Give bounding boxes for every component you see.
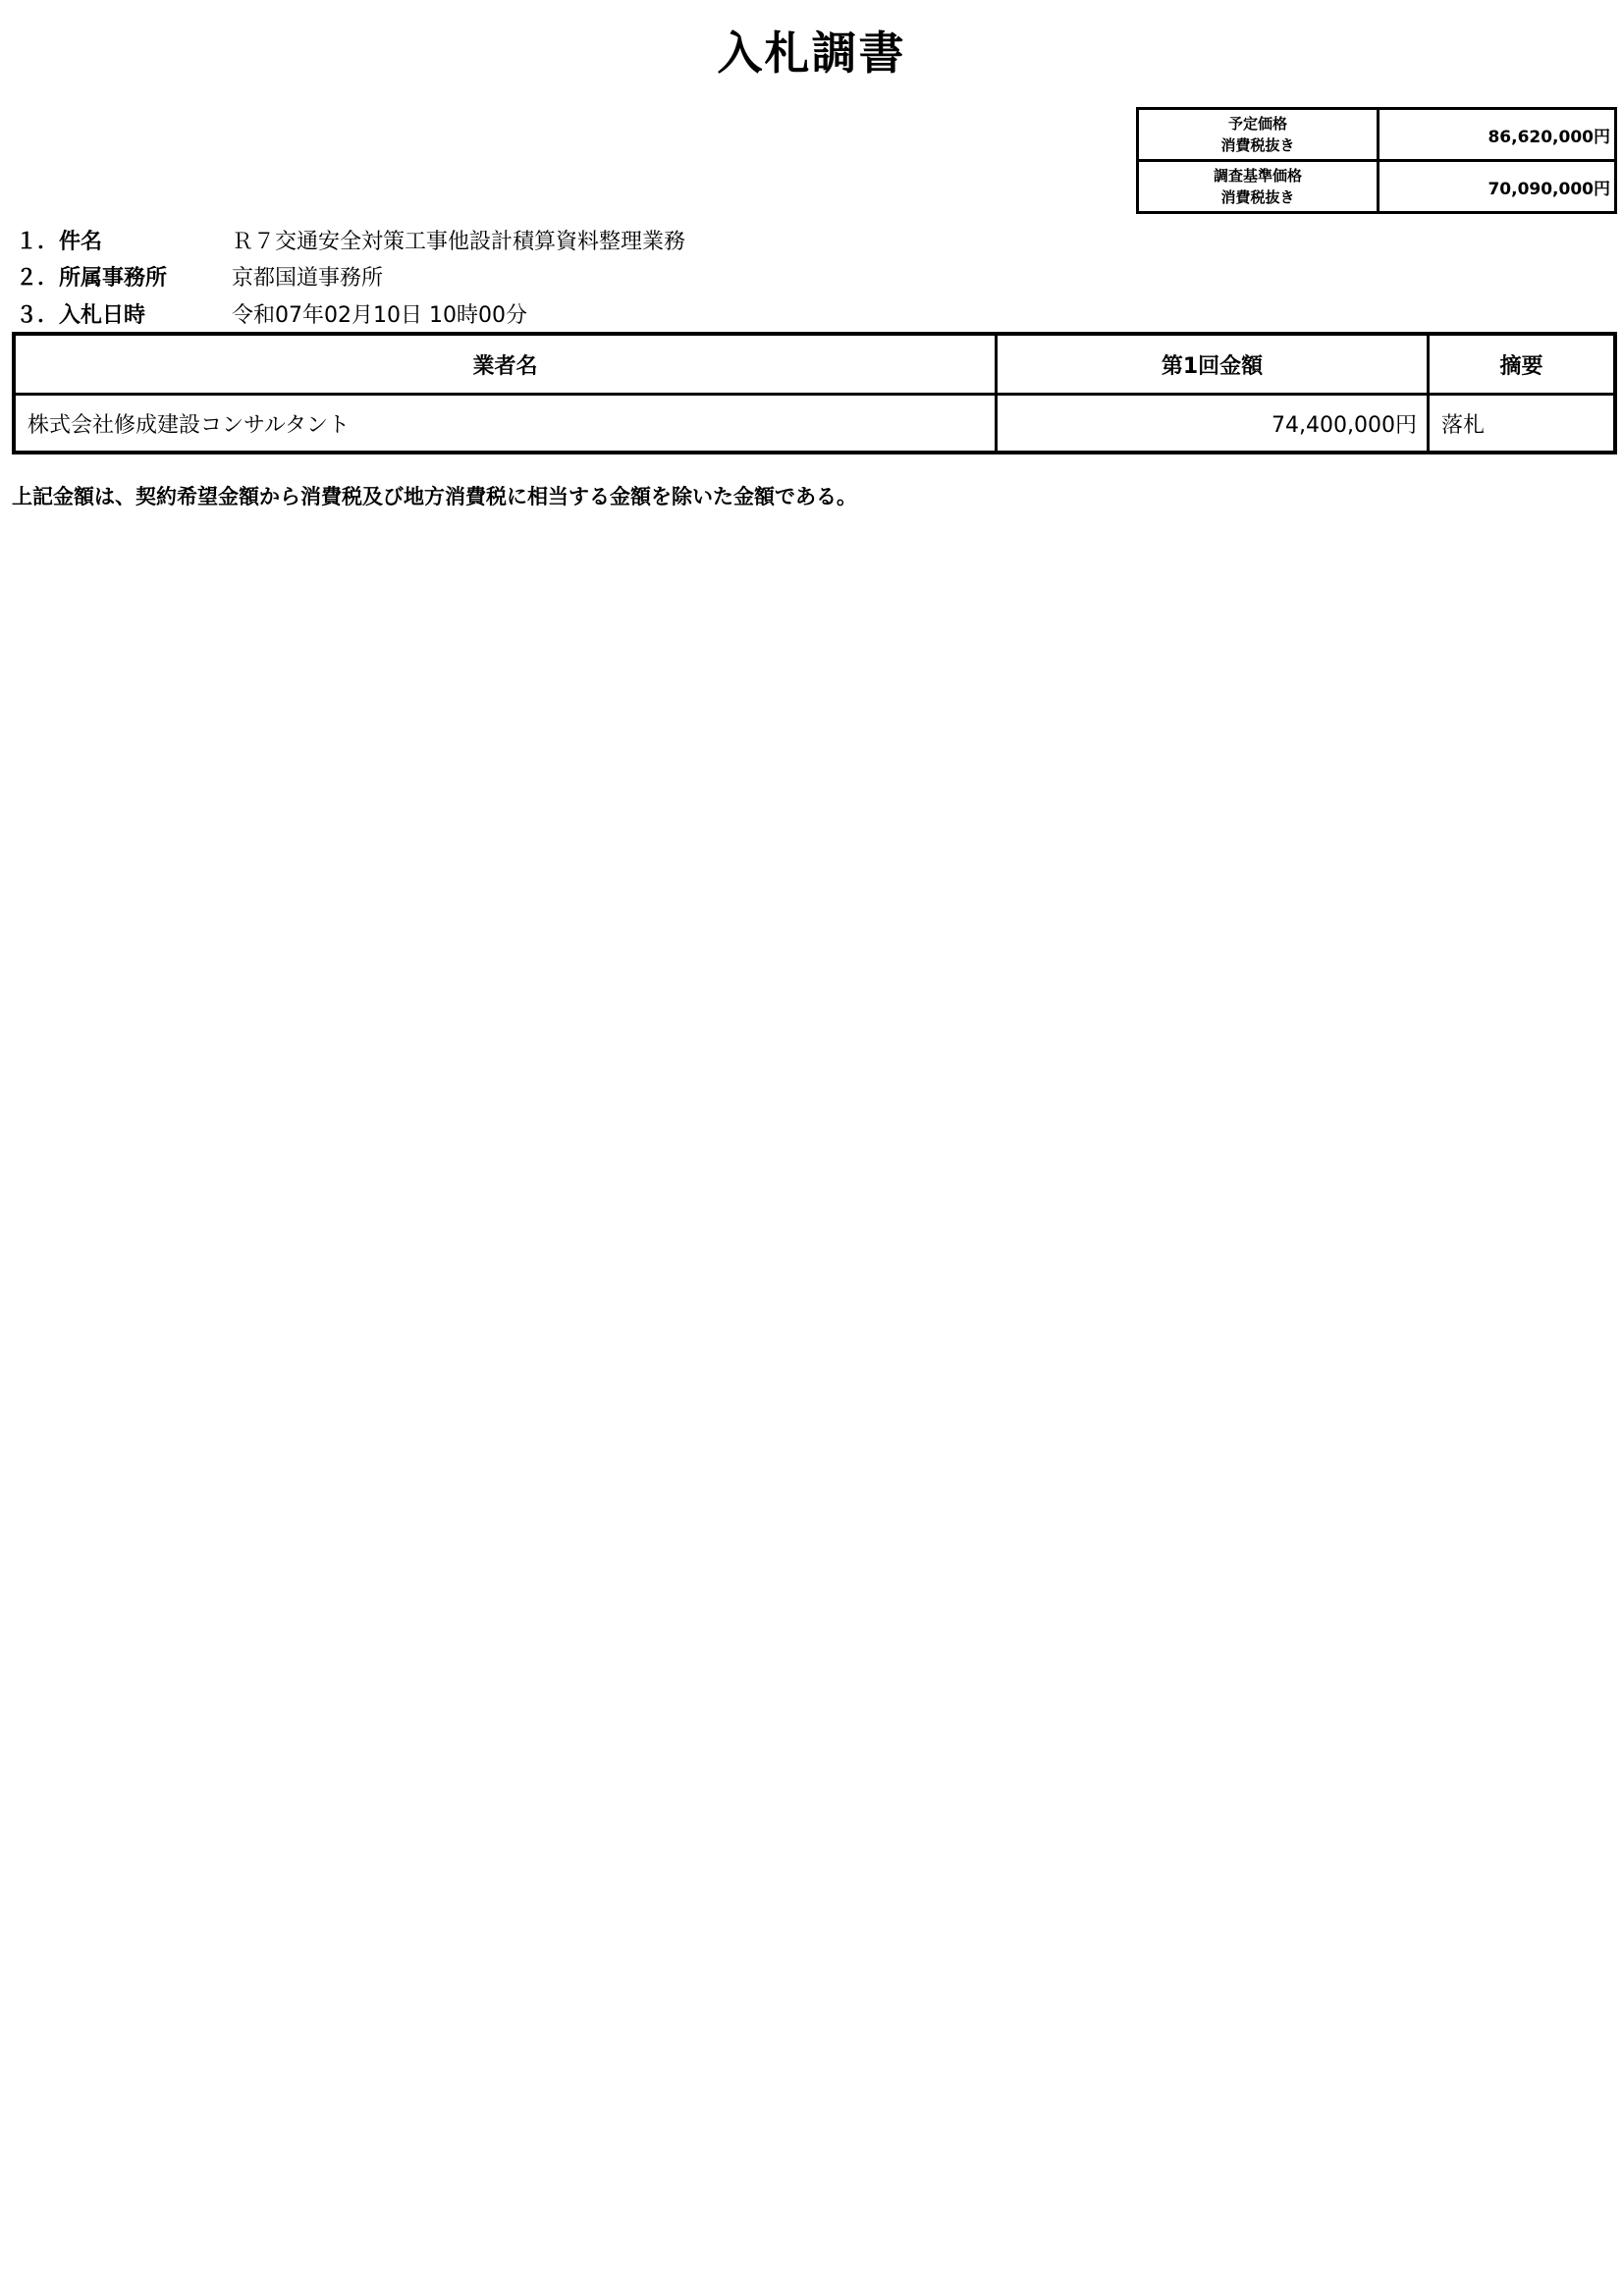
company-name: 株式会社修成建設コンサルタント (14, 395, 997, 454)
survey-base-price-value: 70,090,000円 (1379, 161, 1616, 213)
bid-table-header: 業者名 第1回金額 摘要 (14, 334, 1615, 395)
document-title: 入札調書 (0, 18, 1623, 82)
remark: 落札 (1429, 395, 1616, 454)
bid-table: 業者名 第1回金額 摘要 株式会社修成建設コンサルタント 74,400,000円… (12, 332, 1617, 454)
planned-price-label-line1: 予定価格 (1143, 113, 1373, 134)
info-key: ２．所属事務所 (16, 261, 242, 292)
footnote: 上記金額は、契約希望金額から消費税及び地方消費税に相当する金額を除いた金額である… (12, 481, 857, 510)
info-value: 京都国道事務所 (232, 261, 383, 292)
table-row: 株式会社修成建設コンサルタント 74,400,000円 落札 (14, 395, 1615, 454)
header-amount: 第1回金額 (997, 334, 1429, 395)
bid-amount: 74,400,000円 (997, 395, 1429, 454)
planned-price-label-line2: 消費税抜き (1143, 134, 1373, 156)
header-company: 業者名 (14, 334, 997, 395)
info-value: Ｒ７交通安全対策工事他設計積算資料整理業務 (232, 225, 685, 255)
info-key: １．件名 (16, 225, 242, 255)
survey-base-price-row: 調査基準価格 消費税抜き 70,090,000円 (1138, 161, 1616, 213)
planned-price-value: 86,620,000円 (1379, 109, 1616, 161)
info-value: 令和07年02月10日 10時00分 (232, 298, 527, 329)
info-key: ３．入札日時 (16, 298, 242, 329)
price-summary-table: 予定価格 消費税抜き 86,620,000円 調査基準価格 消費税抜き 70,0… (1136, 107, 1617, 214)
planned-price-row: 予定価格 消費税抜き 86,620,000円 (1138, 109, 1616, 161)
survey-base-price-label-line1: 調査基準価格 (1143, 165, 1373, 187)
header-remark: 摘要 (1429, 334, 1616, 395)
survey-base-price-label-line2: 消費税抜き (1143, 187, 1373, 208)
planned-price-label: 予定価格 消費税抜き (1138, 109, 1379, 161)
survey-base-price-label: 調査基準価格 消費税抜き (1138, 161, 1379, 213)
